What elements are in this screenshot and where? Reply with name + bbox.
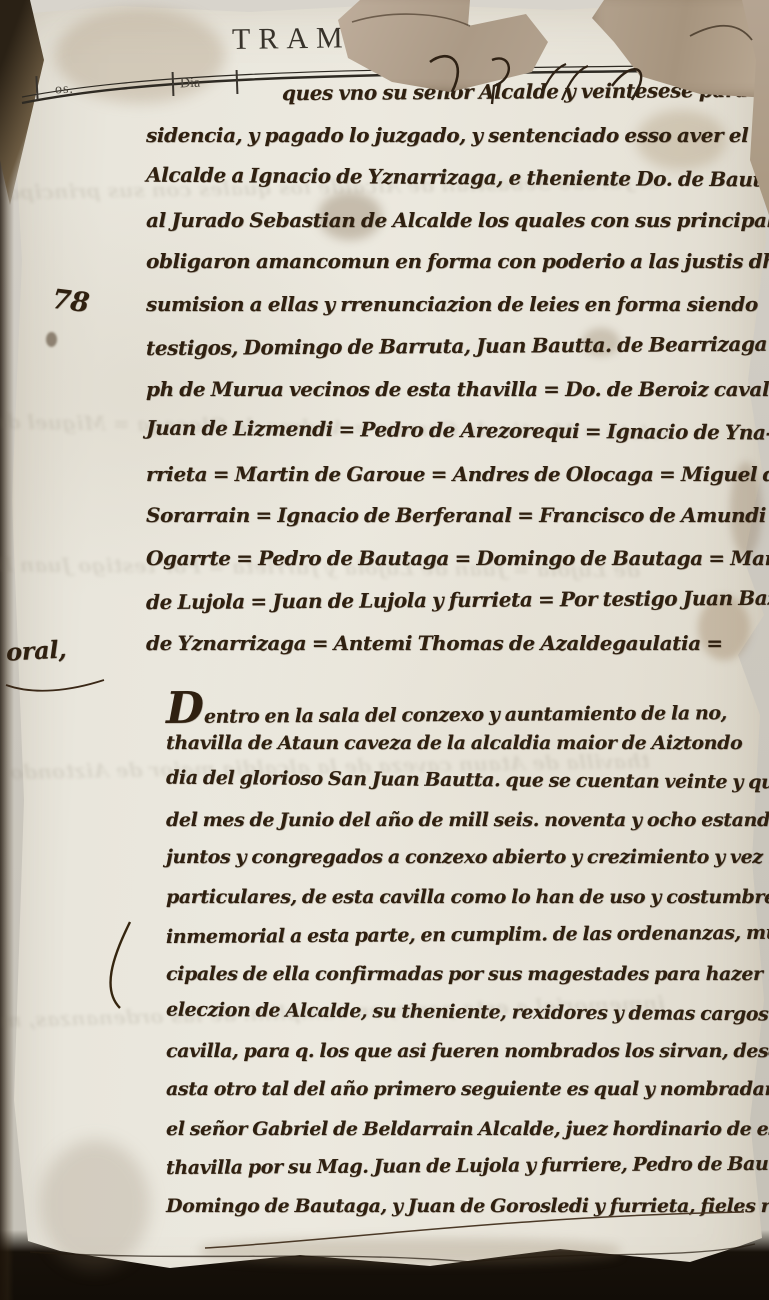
manuscript-line: dia del glorioso San Juan Bautta. que se…: [166, 767, 756, 810]
manuscript-line: Alcalde a Ignacio de Yznarrizaga, e then…: [146, 162, 752, 209]
margin-side-note: oral,: [5, 634, 67, 666]
paragraph-eleccion: Dentro en la sala del conzexo y auntamie…: [166, 692, 756, 1232]
manuscript-line: de Lujola = Juan de Lujola y furrieta = …: [146, 585, 752, 632]
margin-folio-number: 78: [50, 284, 90, 319]
manuscript-line: juntos y congregados a conzexo abierto y…: [166, 846, 756, 885]
manuscript-line: obligaron amancomun en forma con poderio…: [146, 249, 752, 291]
manuscript-line: eleczion de Alcalde, su theniente, rexid…: [166, 998, 756, 1041]
manuscript-line: al Jurado Sebastian de Alcalde los quale…: [146, 208, 752, 250]
manuscript-line: sumision a ellas y rrenunciazion de leie…: [146, 292, 752, 334]
printed-form-title: TRAMI: [232, 21, 369, 57]
manuscript-line: Sorarrain = Ignacio de Berferanal = Fran…: [146, 503, 752, 545]
manuscript-line: thavilla por su Mag. Juan de Lujola y fu…: [166, 1153, 756, 1196]
manuscript-line: de Yznarrizaga = Antemi Thomas de Azalde…: [146, 631, 752, 673]
manuscript-line: Ogarrte = Pedro de Bautaga = Domingo de …: [146, 546, 752, 588]
manuscript-line: del mes de Junio del año de mill seis. n…: [166, 809, 756, 848]
manuscript-line: thavilla de Ataun caveza de la alcaldia …: [166, 732, 756, 771]
manuscript-scan: al Jurado Sebastian de Alcalde los quale…: [0, 0, 769, 1300]
manuscript-line: sidencia, y pagado lo juzgado, y sentenc…: [146, 123, 752, 165]
manuscript-line: Domingo de Bautaga, y Juan de Gorosledi …: [166, 1195, 756, 1234]
column-header-folio: os.: [55, 82, 74, 99]
manuscript-line: testigos, Domingo de Barruta, Juan Bautt…: [146, 332, 752, 379]
manuscript-line: rrieta = Martin de Garoue = Andres de Ol…: [146, 462, 752, 504]
manuscript-line: ph de Murua vecinos de esta thavilla = D…: [146, 377, 752, 419]
manuscript-line: inmemorial a esta parte, en cumplim. de …: [166, 922, 756, 965]
manuscript-line-initial: Dentro en la sala del conzexo y auntamie…: [166, 690, 756, 733]
manuscript-line: ques vno su señor Alcalde y veintesese p…: [146, 78, 752, 125]
manuscript-line: asta otro tal del año primero seguiente …: [166, 1078, 756, 1117]
manuscript-line: el señor Gabriel de Beldarrain Alcalde, …: [166, 1118, 756, 1157]
manuscript-line: cipales de ella confirmadas por sus mage…: [166, 963, 756, 1002]
paragraph-acta-anterior: ques vno su señor Alcalde y veintesese p…: [146, 80, 752, 672]
manuscript-line: particulares, de esta cavilla como lo ha…: [166, 886, 756, 925]
manuscript-line: cavilla, para q. los que asi fueren nomb…: [166, 1040, 756, 1079]
manuscript-line: Juan de Lizmendi = Pedro de Arezorequi =…: [146, 416, 752, 463]
